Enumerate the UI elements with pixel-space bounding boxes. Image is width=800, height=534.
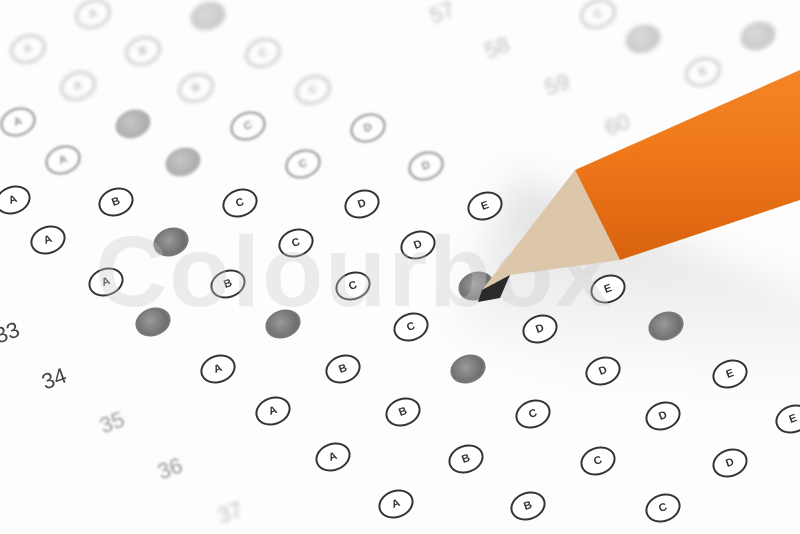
answer-bubble-c: C — [641, 489, 684, 528]
answer-bubble-b: B — [321, 350, 364, 389]
answer-bubble-d: D — [340, 185, 383, 224]
answer-bubble-a: A — [196, 350, 239, 389]
answer-bubble-c: C — [291, 71, 334, 110]
answer-bubble-b: B — [506, 487, 549, 526]
answer-bubble-b: B — [174, 69, 217, 108]
answer-bubble-b: B — [111, 105, 154, 144]
answer-bubble-c: C — [274, 224, 317, 263]
answer-bubble-a: A — [374, 485, 417, 524]
answer-bubble-b: B — [206, 265, 249, 304]
pencil-icon — [470, 60, 800, 310]
answer-bubble-a: A — [0, 103, 40, 142]
answer-bubble-c: C — [446, 350, 489, 389]
answer-bubble-a: A — [311, 438, 354, 477]
answer-bubble-c: C — [389, 308, 432, 347]
answer-bubble-b: B — [444, 440, 487, 479]
answer-bubble-b: B — [94, 183, 137, 222]
answer-bubble-c: C — [511, 395, 554, 434]
question-number: 35 — [96, 407, 128, 440]
answer-bubble-a: A — [131, 303, 174, 342]
answer-bubble-d: D — [736, 17, 779, 56]
answer-bubble-a: A — [26, 221, 69, 260]
answer-bubble-c: C — [241, 34, 284, 73]
answer-bubble-d: D — [396, 226, 439, 265]
answer-bubble-c: C — [576, 0, 619, 33]
answer-bubble-a: A — [84, 263, 127, 302]
answer-bubble-b: B — [161, 143, 204, 182]
answer-bubble-a: A — [6, 30, 49, 69]
answer-bubble-d: D — [346, 109, 389, 148]
answer-bubble-c: C — [331, 267, 374, 306]
answer-bubble-d: D — [621, 20, 664, 59]
question-number: 36 — [154, 453, 186, 486]
answer-bubble-c: C — [226, 107, 269, 146]
answer-bubble-d: D — [404, 147, 447, 186]
answer-bubble-d: D — [708, 444, 751, 483]
answer-bubble-a: A — [251, 392, 294, 431]
answer-bubble-c: C — [576, 442, 619, 481]
answer-sheet-photo: ABCDEABCDEABCDEABCDEABCDEABCDABCABCDEABC… — [0, 0, 800, 534]
answer-bubble-b: B — [149, 223, 192, 262]
answer-bubble-b: B — [261, 305, 304, 344]
answer-bubble-c: C — [218, 184, 261, 223]
answer-bubble-a: A — [0, 181, 35, 220]
answer-bubble-a: A — [56, 67, 99, 106]
question-number: 34 — [38, 363, 70, 396]
answer-bubble-c: C — [281, 145, 324, 184]
answer-bubble-b: B — [121, 32, 164, 71]
question-number: 33 — [0, 317, 23, 350]
answer-bubble-a: A — [41, 141, 84, 180]
answer-bubble-b: B — [186, 0, 229, 35]
answer-bubble-a: A — [71, 0, 114, 33]
answer-bubble-b: B — [381, 393, 424, 432]
question-number: 57 — [426, 0, 458, 29]
question-number: 37 — [214, 497, 246, 530]
